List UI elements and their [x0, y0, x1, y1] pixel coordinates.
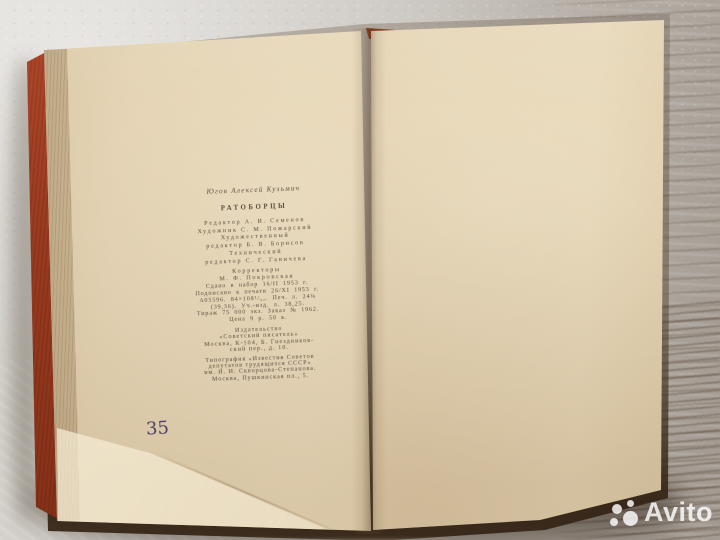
watermark-text: Avito	[644, 497, 713, 528]
handwritten-number: 35	[145, 417, 169, 439]
book-title: РАТОБОРЦЫ	[147, 200, 361, 216]
publisher-info: Издательство «Советский писатель» Москва…	[152, 322, 367, 356]
staff-credits: Редактор А. И. Семенов Художник С. М. По…	[148, 215, 364, 269]
print-run-info: Сдано в набор 16/II 1953 г. Подписано к …	[150, 278, 365, 326]
author-line: Югов Алексей Кузьмич	[146, 182, 360, 199]
photo-of-open-book: Югов Алексей Кузьмич РАТОБОРЦЫ Редактор …	[0, 0, 720, 540]
avito-watermark: Avito	[604, 496, 720, 540]
colophon-block: Югов Алексей Кузьмич РАТОБОРЦЫ Редактор …	[146, 182, 367, 385]
printing-house-info: Типография «Известия Советов депутатов т…	[153, 351, 368, 385]
book-gutter-shadow	[352, 28, 386, 534]
